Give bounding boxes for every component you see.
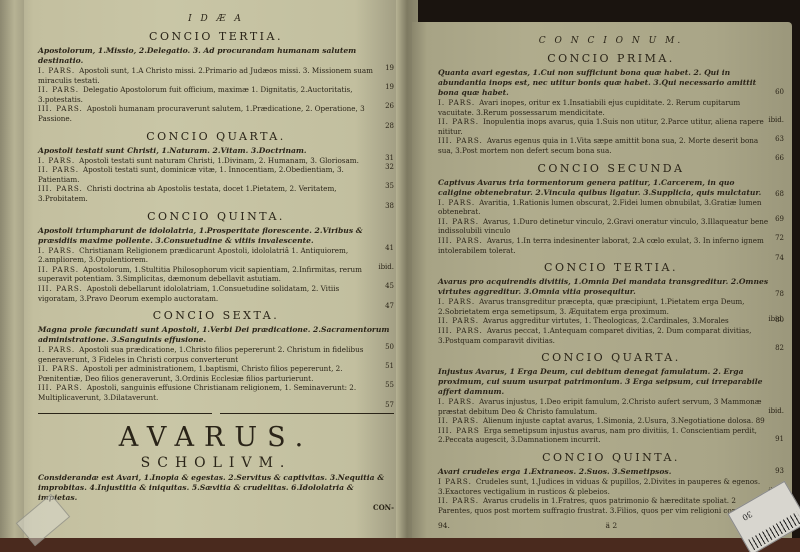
- pars-entry: III. PARS.Christi doctrina ab Apostolis …: [38, 184, 394, 203]
- pars-text: Christianam Religionem prædicarunt Apost…: [38, 246, 348, 265]
- pars-entry: III. PARS.Avarus, 1.In terra indesinente…: [438, 236, 784, 255]
- section-summary: Magna prole fœcundati sunt Apostoli, 1.V…: [38, 325, 394, 345]
- section-summary: Apostoli triumpharunt de idololatria, 1.…: [38, 226, 394, 246]
- page-number: 47: [385, 302, 394, 312]
- pars-label: III. PARS.: [38, 284, 83, 293]
- pars-entry: II. PARS.Inopulentia inops avarus, quia …: [438, 117, 784, 136]
- page-number: 41: [385, 244, 394, 254]
- pars-label: II. PARS.: [38, 165, 79, 174]
- pars-text: Avaritia, 1.Rationis lumen obscurat, 2.F…: [438, 198, 761, 217]
- concio-section: CONCIO QUINTA. Apostoli triumpharunt de …: [38, 210, 394, 304]
- pars-label: I. PARS.: [438, 297, 475, 306]
- section-title: CONCIO PRIMA.: [438, 52, 784, 65]
- pars-entry: III. PARS.Avarus peccat, 1.Antequam comp…: [438, 326, 784, 345]
- section-title: CONCIO QUINTA.: [438, 451, 784, 464]
- page-number: 82: [775, 344, 784, 354]
- page-number: 31: [385, 154, 394, 164]
- pars-text: Apostoli debellarunt idololatriam, 1.Con…: [38, 284, 339, 303]
- pars-label: II. PARS.: [438, 416, 479, 425]
- pars-label: I. PARS.: [38, 66, 75, 75]
- pars-label: II. PARS.: [38, 85, 79, 94]
- pars-label: III. PARS.: [38, 104, 83, 113]
- page-number: 45: [385, 282, 394, 292]
- section-title: CONCIO SEXTA.: [38, 309, 394, 322]
- pars-entry: II. PARS.Apostolorum, 1.Stultitia Philos…: [38, 265, 394, 284]
- pars-label: III. PARS.: [438, 326, 483, 335]
- pars-text: Delegatio Apostolorum fuit officium, max…: [38, 85, 353, 104]
- pars-label: III. PARS.: [438, 136, 483, 145]
- footer-page-number: 94.: [438, 521, 450, 530]
- book-spread: I D Æ A CONCIO TERTIA. Apostolorum, 1.Mi…: [0, 0, 800, 552]
- pars-text: Apostoli, sanguinis effusione Christiana…: [38, 383, 356, 402]
- left-page-content: I D Æ A CONCIO TERTIA. Apostolorum, 1.Mi…: [38, 14, 394, 512]
- page-number: 60: [775, 88, 784, 98]
- pars-entry: II. PARS.Apostoli per administrationem, …: [38, 364, 394, 383]
- summary-row: Avarus pro acquirendis divitiis, 1.Omnia…: [438, 277, 784, 297]
- pars-text: Avarus, 1.Duro detinetur vinculo, 2.Grav…: [438, 217, 768, 236]
- pars-label: II. PARS.: [438, 217, 479, 226]
- scholium-text: Considerandæ est Avari, 1.Inopia & egest…: [38, 473, 394, 503]
- pars-label: III. PARS.: [438, 236, 483, 245]
- right-page-content: C O N C I O N U M. CONCIO PRIMA. Quanta …: [438, 36, 784, 530]
- pars-label: I PARS.: [438, 477, 472, 486]
- pars-entry: I. PARS.Apostoli testati sunt naturam Ch…: [38, 156, 394, 166]
- pars-label: II. PARS.: [438, 496, 479, 505]
- pars-label: III. PARS.: [38, 184, 83, 193]
- pars-text: Avarus crudelis in 1.Fratres, quos patri…: [438, 496, 761, 515]
- pars-text: Apostoli sua prædicatione, 1.Christo fil…: [38, 345, 363, 364]
- pars-text: Avarus egenus quia in 1.Vita sæpe amitti…: [438, 136, 758, 155]
- page-number: 50: [385, 343, 394, 353]
- pars-entry: III. PARS.Apostoli, sanguinis effusione …: [38, 383, 394, 402]
- pars-text: Avarus transgreditur præcepta, quæ præci…: [438, 297, 744, 316]
- section-summary: Captivus Avarus tria tormentorum genera …: [438, 178, 770, 198]
- pars-label: I. PARS.: [38, 246, 75, 255]
- double-rule-divider: [38, 413, 394, 414]
- running-head: I D Æ A: [38, 14, 394, 24]
- section-summary: Apostolorum, 1.Missio, 2.Delegatio. 3. A…: [38, 46, 394, 66]
- ruler-label: 30: [740, 509, 753, 522]
- pars-label: II. PARS.: [438, 117, 479, 126]
- page-number: 35: [385, 182, 394, 192]
- catchword: CON-: [38, 503, 394, 512]
- pars-entry: III. PARS.Apostoli humanam procuraverunt…: [38, 104, 394, 123]
- summary-row: Captivus Avarus tria tormentorum genera …: [438, 178, 784, 198]
- section-title: CONCIO QUINTA.: [38, 210, 394, 223]
- chapter-title: AVARUS.: [38, 422, 394, 453]
- pars-text: Erga semetipsum injustus avarus, nam pro…: [438, 426, 757, 445]
- pars-label: II. PARS.: [438, 316, 479, 325]
- pars-text: Avarus injustus, 1.Deo eripit famulum, 2…: [438, 397, 762, 416]
- concio-section: CONCIO TERTIA. Apostolorum, 1.Missio, 2.…: [38, 30, 394, 124]
- pars-text: Apostoli testati sunt naturam Christi, 1…: [79, 156, 359, 165]
- page-number: 80: [775, 316, 784, 326]
- pars-label: I. PARS.: [438, 198, 475, 207]
- pars-entry: II. PARS.Avarus, 1.Duro detinetur vincul…: [438, 217, 784, 236]
- pars-label: III. PARS.: [38, 383, 83, 392]
- table-cloth: [0, 538, 800, 552]
- concio-section: CONCIO TERTIA. Avarus pro acquirendis di…: [438, 261, 784, 345]
- pars-label: I. PARS.: [38, 345, 75, 354]
- pars-entry: II. PARS.Apostoli testati sunt, dominicæ…: [38, 165, 394, 184]
- concio-section: CONCIO QUARTA. Injustus Avarus, 1 Erga D…: [438, 351, 784, 445]
- pars-entry: III. PARS.Apostoli debellarunt idololatr…: [38, 284, 394, 303]
- page-number: ibid.: [768, 407, 784, 417]
- pars-text: Avari inopes, oritur ex 1.Insatiabili ej…: [438, 98, 740, 117]
- pars-text: Apostoli testati sunt, dominicæ vitæ, 1.…: [38, 165, 344, 184]
- pars-text: Apostoli sunt, 1.A Christo missi. 2.Prim…: [38, 66, 373, 85]
- pars-entry: I. PARS.Christianam Religionem prædicaru…: [38, 246, 394, 265]
- section-summary: Avari crudeles erga 1.Extraneos. 2.Suos.…: [438, 467, 770, 477]
- pars-text: Crudeles sunt, 1.Judices in viduas & pup…: [438, 477, 760, 496]
- section-summary: Avarus pro acquirendis divitiis, 1.Omnia…: [438, 277, 770, 297]
- page-number: 91: [775, 435, 784, 445]
- pars-text: Inopulentia inops avarus, quia 1.Suis no…: [438, 117, 764, 136]
- page-number: 19: [385, 64, 394, 74]
- page-number: 19: [385, 83, 394, 93]
- page-number: ibid.: [378, 263, 394, 273]
- pars-entry: II. PARS.Alienum injuste captat avarus, …: [438, 416, 784, 426]
- pars-entry: III. PARSErga semetipsum injustus avarus…: [438, 426, 784, 445]
- pars-text: Avarus, 1.In terra indesinenter laborat,…: [438, 236, 764, 255]
- page-number: 74: [775, 254, 784, 264]
- pars-entry: II. PARS.Avarus aggreditur virtutes, 1. …: [438, 316, 784, 326]
- pars-text: Alienum injuste captat avarus, 1.Simonia…: [483, 416, 765, 425]
- pars-entry: I PARS.Crudeles sunt, 1.Judices in vidua…: [438, 477, 784, 496]
- page-number: 57: [385, 401, 394, 411]
- concio-section: CONCIO QUARTA. Apostoli testati sunt Chr…: [38, 130, 394, 204]
- page-number: 55: [385, 381, 394, 391]
- pars-entry: I. PARS.Avarus transgreditur præcepta, q…: [438, 297, 784, 316]
- concio-section: CONCIO SECUNDA Captivus Avarus tria torm…: [438, 162, 784, 256]
- page-number: 26: [385, 102, 394, 112]
- pars-entry: I. PARS.Apostoli sunt, 1.A Christo missi…: [38, 66, 394, 85]
- section-title: CONCIO TERTIA.: [438, 261, 784, 274]
- page-number: 38: [385, 202, 394, 212]
- summary-row: Avari crudeles erga 1.Extraneos. 2.Suos.…: [438, 467, 784, 477]
- pars-text: Apostoli per administrationem, 1.baptism…: [38, 364, 343, 383]
- pars-label: I. PARS.: [38, 156, 75, 165]
- pars-entry: I. PARS.Avarus injustus, 1.Deo eripit fa…: [438, 397, 784, 416]
- running-head: C O N C I O N U M.: [438, 36, 784, 46]
- section-summary: Quanta avari egestas, 1.Cui non sufficiu…: [438, 68, 770, 98]
- section-title: CONCIO TERTIA.: [38, 30, 394, 43]
- pars-label: II. PARS.: [38, 364, 79, 373]
- pars-entry: III. PARS.Avarus egenus quia in 1.Vita s…: [438, 136, 784, 155]
- pars-entry: I. PARS.Apostoli sua prædicatione, 1.Chr…: [38, 345, 394, 364]
- signature-mark: ä 2: [606, 521, 618, 530]
- concio-section: CONCIO SEXTA. Magna prole fœcundati sunt…: [38, 309, 394, 403]
- pars-text: Apostoli humanam procuraverunt salutem, …: [38, 104, 365, 123]
- page-number: 51: [385, 362, 394, 372]
- pars-entry: I. PARS.Avari inopes, oritur ex 1.Insati…: [438, 98, 784, 117]
- section-title: CONCIO SECUNDA: [438, 162, 784, 175]
- section-title: CONCIO QUARTA.: [438, 351, 784, 364]
- section-summary: Apostoli testati sunt Christi, 1.Naturam…: [38, 146, 394, 156]
- scholium-title: SCHOLIVM.: [38, 455, 394, 471]
- pars-entry: I. PARS.Avaritia, 1.Rationis lumen obscu…: [438, 198, 784, 217]
- pars-label: II. PARS.: [38, 265, 79, 274]
- pars-entry: II. PARS.Delegatio Apostolorum fuit offi…: [38, 85, 394, 104]
- pars-label: III. PARS: [438, 426, 480, 435]
- pars-text: Avarus peccat, 1.Antequam comparet divit…: [438, 326, 751, 345]
- pars-text: Apostolorum, 1.Stultitia Philosophorum v…: [38, 265, 362, 284]
- concio-section: CONCIO PRIMA. Quanta avari egestas, 1.Cu…: [438, 52, 784, 156]
- left-page-edge: [0, 0, 24, 552]
- pars-label: I. PARS.: [438, 98, 475, 107]
- page-number: 32: [385, 163, 394, 173]
- page-number: 66: [775, 154, 784, 164]
- concio-section: CONCIO QUINTA. Avari crudeles erga 1.Ext…: [438, 451, 784, 515]
- pars-label: I. PARS.: [438, 397, 475, 406]
- page-number: 93: [775, 467, 784, 477]
- section-summary: Injustus Avarus, 1 Erga Deum, cui debitu…: [438, 367, 784, 397]
- summary-row: Quanta avari egestas, 1.Cui non sufficiu…: [438, 68, 784, 98]
- pars-text: Avarus aggreditur virtutes, 1. Theologic…: [483, 316, 729, 325]
- page-number: 28: [385, 122, 394, 132]
- section-title: CONCIO QUARTA.: [38, 130, 394, 143]
